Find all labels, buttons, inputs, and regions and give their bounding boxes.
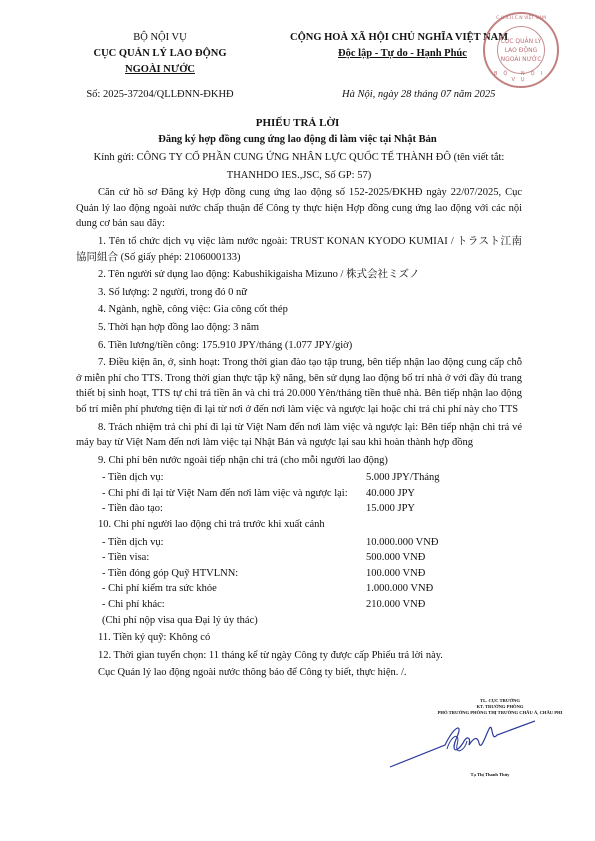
seal-ring-bottom: BỘ NỘI VỤ bbox=[485, 71, 557, 83]
cost-label: - Chi phí kiểm tra sức khỏe bbox=[76, 581, 366, 597]
item-9-heading: 9. Chi phí bên nước ngoài tiếp nhận chi … bbox=[76, 453, 522, 469]
item-7: 7. Điều kiện ăn, ở, sinh hoạt: Trong thờ… bbox=[76, 355, 522, 417]
recipient-line2: THANHDO IES.,JSC, Số GP: 57) bbox=[76, 168, 522, 184]
item-6: 6. Tiền lương/tiền công: 175.910 JPY/thá… bbox=[76, 338, 522, 354]
closing-statement: Cục Quản lý lao động ngoài nước thông bá… bbox=[76, 665, 522, 681]
cost-row: - Chi phí kiểm tra sức khỏe1.000.000 VNĐ bbox=[76, 581, 522, 597]
signature-block: TL. CỤC TRƯỞNG KT. TRƯỞNG PHÒNG PHÓ TRƯỞ… bbox=[415, 698, 585, 716]
seal-ring-top: C.H.X.H.C.N VIỆT NAM bbox=[485, 16, 557, 21]
cost-value: 15.000 JPY bbox=[366, 501, 415, 517]
item-1: 1. Tên tổ chức dịch vụ việc làm nước ngo… bbox=[76, 234, 522, 265]
item-2: 2. Tên người sử dụng lao động: Kabushiki… bbox=[76, 267, 522, 283]
document-number: Số: 2025-37204/QLLĐNN-ĐKHĐ bbox=[60, 89, 260, 100]
cost-label: - Tiền dịch vụ: bbox=[76, 470, 366, 486]
issue-date: Hà Nội, ngày 28 tháng 07 năm 2025 bbox=[342, 89, 495, 100]
item-11: 11. Tiền ký quỹ: Không có bbox=[76, 630, 522, 646]
cost-row: - Tiền đóng góp Quỹ HTVLNN:100.000 VNĐ bbox=[76, 566, 522, 582]
official-seal-icon: C.H.X.H.C.N VIỆT NAM CỤC QUẢN LÝ LAO ĐỘN… bbox=[483, 12, 559, 88]
seal-center: CỤC QUẢN LÝ LAO ĐỘNG NGOÀI NƯỚC bbox=[497, 26, 545, 74]
cost-row: - Chi phí đi lại từ Việt Nam đến nơi làm… bbox=[76, 486, 522, 502]
document-body: Kính gửi: CÔNG TY CỔ PHẦN CUNG ỨNG NHÂN … bbox=[76, 150, 522, 683]
department-name-line1: CỤC QUẢN LÝ LAO ĐỘNG bbox=[60, 46, 260, 62]
recipient-line1: Kính gửi: CÔNG TY CỔ PHẦN CUNG ỨNG NHÂN … bbox=[76, 150, 522, 166]
item-5: 5. Thời hạn hợp đồng lao động: 3 năm bbox=[76, 320, 522, 336]
item-10-heading: 10. Chi phí người lao động chi trả trước… bbox=[76, 517, 522, 533]
cost-label: - Chi phí đi lại từ Việt Nam đến nơi làm… bbox=[76, 486, 366, 502]
ministry-name: BỘ NỘI VỤ bbox=[60, 30, 260, 46]
intro-paragraph: Căn cứ hồ sơ Đăng ký Hợp đồng cung ứng l… bbox=[76, 185, 522, 232]
issuer-block: BỘ NỘI VỤ CỤC QUẢN LÝ LAO ĐỘNG NGOÀI NƯỚ… bbox=[60, 30, 260, 78]
cost-label: - Tiền dịch vụ: bbox=[76, 535, 366, 551]
cost-value: 210.000 VNĐ bbox=[366, 597, 425, 613]
cost-value: 40.000 JPY bbox=[366, 486, 415, 502]
handwritten-signature-icon bbox=[385, 715, 535, 770]
cost-value: 100.000 VNĐ bbox=[366, 566, 425, 582]
item-10-cost-table: - Tiền dịch vụ:10.000.000 VNĐ- Tiền visa… bbox=[76, 535, 522, 613]
cost-label: - Tiền đóng góp Quỹ HTVLNN: bbox=[76, 566, 366, 582]
department-name-line2: NGOÀI NƯỚC bbox=[60, 62, 260, 78]
cost-value: 10.000.000 VNĐ bbox=[366, 535, 438, 551]
cost-row: - Tiền visa:500.000 VNĐ bbox=[76, 550, 522, 566]
item-3: 3. Số lượng: 2 người, trong đó 0 nữ bbox=[76, 285, 522, 301]
cost-value: 1.000.000 VNĐ bbox=[366, 581, 433, 597]
cost-row: - Tiền dịch vụ:5.000 JPY/Tháng bbox=[76, 470, 522, 486]
item-10-note: (Chi phí nộp visa qua Đại lý ủy thác) bbox=[76, 613, 522, 629]
cost-row: - Tiền đào tạo:15.000 JPY bbox=[76, 501, 522, 517]
cost-value: 5.000 JPY/Tháng bbox=[366, 470, 440, 486]
document-title: PHIẾU TRẢ LỜI bbox=[0, 117, 595, 129]
signer-name: Tạ Thị Thanh Thủy bbox=[440, 772, 540, 777]
cost-label: - Tiền visa: bbox=[76, 550, 366, 566]
item-9-cost-table: - Tiền dịch vụ:5.000 JPY/Tháng- Chi phí … bbox=[76, 470, 522, 517]
cost-row: - Chi phí khác:210.000 VNĐ bbox=[76, 597, 522, 613]
cost-value: 500.000 VNĐ bbox=[366, 550, 425, 566]
cost-label: - Chi phí khác: bbox=[76, 597, 366, 613]
item-12: 12. Thời gian tuyển chọn: 11 tháng kể từ… bbox=[76, 648, 522, 664]
cost-label: - Tiền đào tạo: bbox=[76, 501, 366, 517]
document-subtitle: Đăng ký hợp đồng cung ứng lao động đi là… bbox=[0, 134, 595, 145]
item-8: 8. Trách nhiệm trả chi phí đi lại từ Việ… bbox=[76, 420, 522, 451]
cost-row: - Tiền dịch vụ:10.000.000 VNĐ bbox=[76, 535, 522, 551]
item-4: 4. Ngành, nghề, công việc: Gia công cốt … bbox=[76, 302, 522, 318]
